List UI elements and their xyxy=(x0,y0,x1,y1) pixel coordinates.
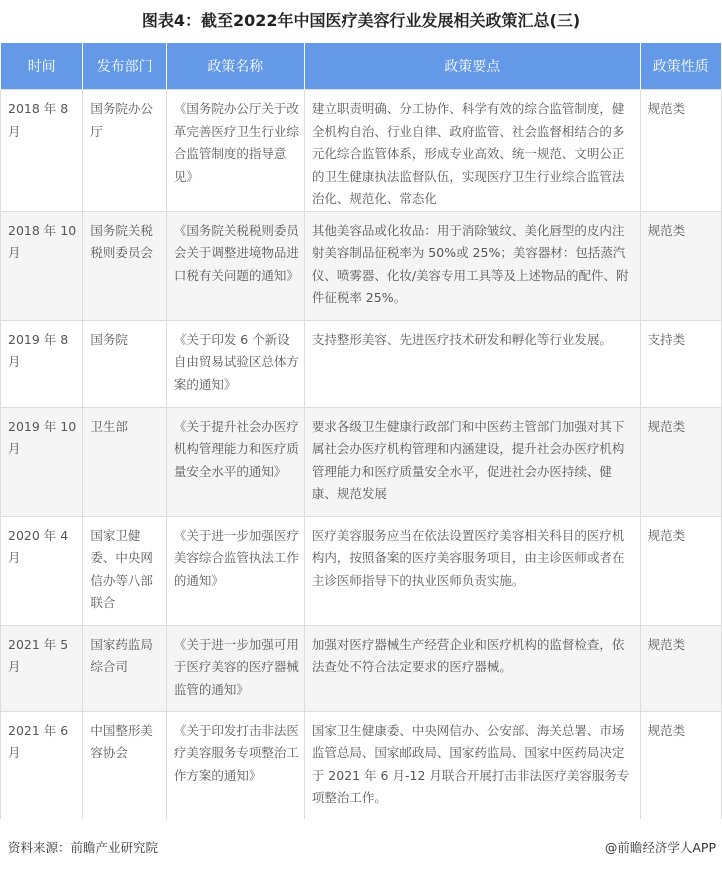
cell-time: 2018 年 10 月 xyxy=(1,211,83,320)
brand-credit: @前瞻经济学人APP xyxy=(605,838,716,856)
cell-policy-points: 国家卫生健康委、中央网信办、公安部、海关总署、市场监管总局、国家邮政局、国家药监… xyxy=(304,711,640,819)
cell-policy-type: 支持类 xyxy=(640,320,721,407)
column-header-policy-type: 政策性质 xyxy=(640,43,721,90)
table-row: 2019 年 8 月 国务院 《关于印发 6 个新设自由贸易试验区总体方案的通知… xyxy=(1,320,722,407)
cell-policy-name: 《关于提升社会办医疗机构管理能力和医疗质量安全水平的通知》 xyxy=(166,407,304,516)
table-row: 2021 年 5 月 国家药监局综合司 《关于进一步加强可用于医疗美容的医疗器械… xyxy=(1,625,722,711)
table-row: 2018 年 8 月 国务院办公厅 《国务院办公厅关于改革完善医疗卫生行业综合监… xyxy=(1,90,722,212)
cell-dept: 国家药监局综合司 xyxy=(83,625,166,711)
cell-time: 2021 年 5 月 xyxy=(1,625,83,711)
cell-policy-type: 规范类 xyxy=(640,407,721,516)
cell-time: 2019 年 10 月 xyxy=(1,407,83,516)
cell-policy-type: 规范类 xyxy=(640,625,721,711)
table-row: 2020 年 4 月 国家卫健委、中央网信办等八部联合 《关于进一步加强医疗美容… xyxy=(1,516,722,625)
cell-time: 2021 年 6 月 xyxy=(1,711,83,819)
column-header-policy-name: 政策名称 xyxy=(166,43,304,90)
cell-policy-name: 《关于进一步加强医疗美容综合监管执法工作的通知》 xyxy=(166,516,304,625)
table-row: 2018 年 10 月 国务院关税税则委员会 《国务院关税税则委员会关于调整进境… xyxy=(1,211,722,320)
cell-time: 2019 年 8 月 xyxy=(1,320,83,407)
cell-dept: 中国整形美容协会 xyxy=(83,711,166,819)
cell-policy-name: 《关于印发打击非法医疗美容服务专项整治工作方案的通知》 xyxy=(166,711,304,819)
table-row: 2021 年 6 月 中国整形美容协会 《关于印发打击非法医疗美容服务专项整治工… xyxy=(1,711,722,819)
cell-time: 2018 年 8 月 xyxy=(1,90,83,212)
cell-policy-type: 规范类 xyxy=(640,711,721,819)
cell-dept: 卫生部 xyxy=(83,407,166,516)
cell-policy-points: 建立职责明确、分工协作、科学有效的综合监管制度，健全机构自治、行业自律、政府监管… xyxy=(304,90,640,212)
cell-policy-type: 规范类 xyxy=(640,90,721,212)
cell-policy-points: 其他美容品或化妆品：用于消除皱纹、美化唇型的皮内注射美容制品征税率为 50%或 … xyxy=(304,211,640,320)
page-title: 图表4：截至2022年中国医疗美容行业发展相关政策汇总(三) xyxy=(0,0,722,42)
column-header-policy-points: 政策要点 xyxy=(304,43,640,90)
table-row: 2019 年 10 月 卫生部 《关于提升社会办医疗机构管理能力和医疗质量安全水… xyxy=(1,407,722,516)
policy-table: 时间 发布部门 政策名称 政策要点 政策性质 2018 年 8 月 国务院办公厅… xyxy=(0,43,722,819)
cell-policy-name: 《国务院关税税则委员会关于调整进境物品进口税有关问题的通知》 xyxy=(166,211,304,320)
cell-dept: 国务院关税税则委员会 xyxy=(83,211,166,320)
cell-policy-name: 《关于印发 6 个新设自由贸易试验区总体方案的通知》 xyxy=(166,320,304,407)
cell-dept: 国家卫健委、中央网信办等八部联合 xyxy=(83,516,166,625)
table-header-row: 时间 发布部门 政策名称 政策要点 政策性质 xyxy=(1,43,722,90)
cell-policy-points: 支持整形美容、先进医疗技术研发和孵化等行业发展。 xyxy=(304,320,640,407)
cell-policy-points: 医疗美容服务应当在依法设置医疗美容相关科目的医疗机构内，按照备案的医疗美容服务项… xyxy=(304,516,640,625)
cell-time: 2020 年 4 月 xyxy=(1,516,83,625)
cell-policy-points: 加强对医疗器械生产经营企业和医疗机构的监督检查，依法查处不符合法定要求的医疗器械… xyxy=(304,625,640,711)
cell-policy-points: 要求各级卫生健康行政部门和中医药主管部门加强对其下属社会办医疗机构管理和内涵建设… xyxy=(304,407,640,516)
cell-policy-type: 规范类 xyxy=(640,516,721,625)
source-note: 资料来源：前瞻产业研究院 xyxy=(8,838,158,856)
column-header-time: 时间 xyxy=(1,43,83,90)
cell-policy-name: 《关于进一步加强可用于医疗美容的医疗器械监管的通知》 xyxy=(166,625,304,711)
cell-policy-type: 规范类 xyxy=(640,211,721,320)
cell-policy-name: 《国务院办公厅关于改革完善医疗卫生行业综合监管制度的指导意见》 xyxy=(166,90,304,212)
cell-dept: 国务院办公厅 xyxy=(83,90,166,212)
cell-dept: 国务院 xyxy=(83,320,166,407)
column-header-dept: 发布部门 xyxy=(83,43,166,90)
